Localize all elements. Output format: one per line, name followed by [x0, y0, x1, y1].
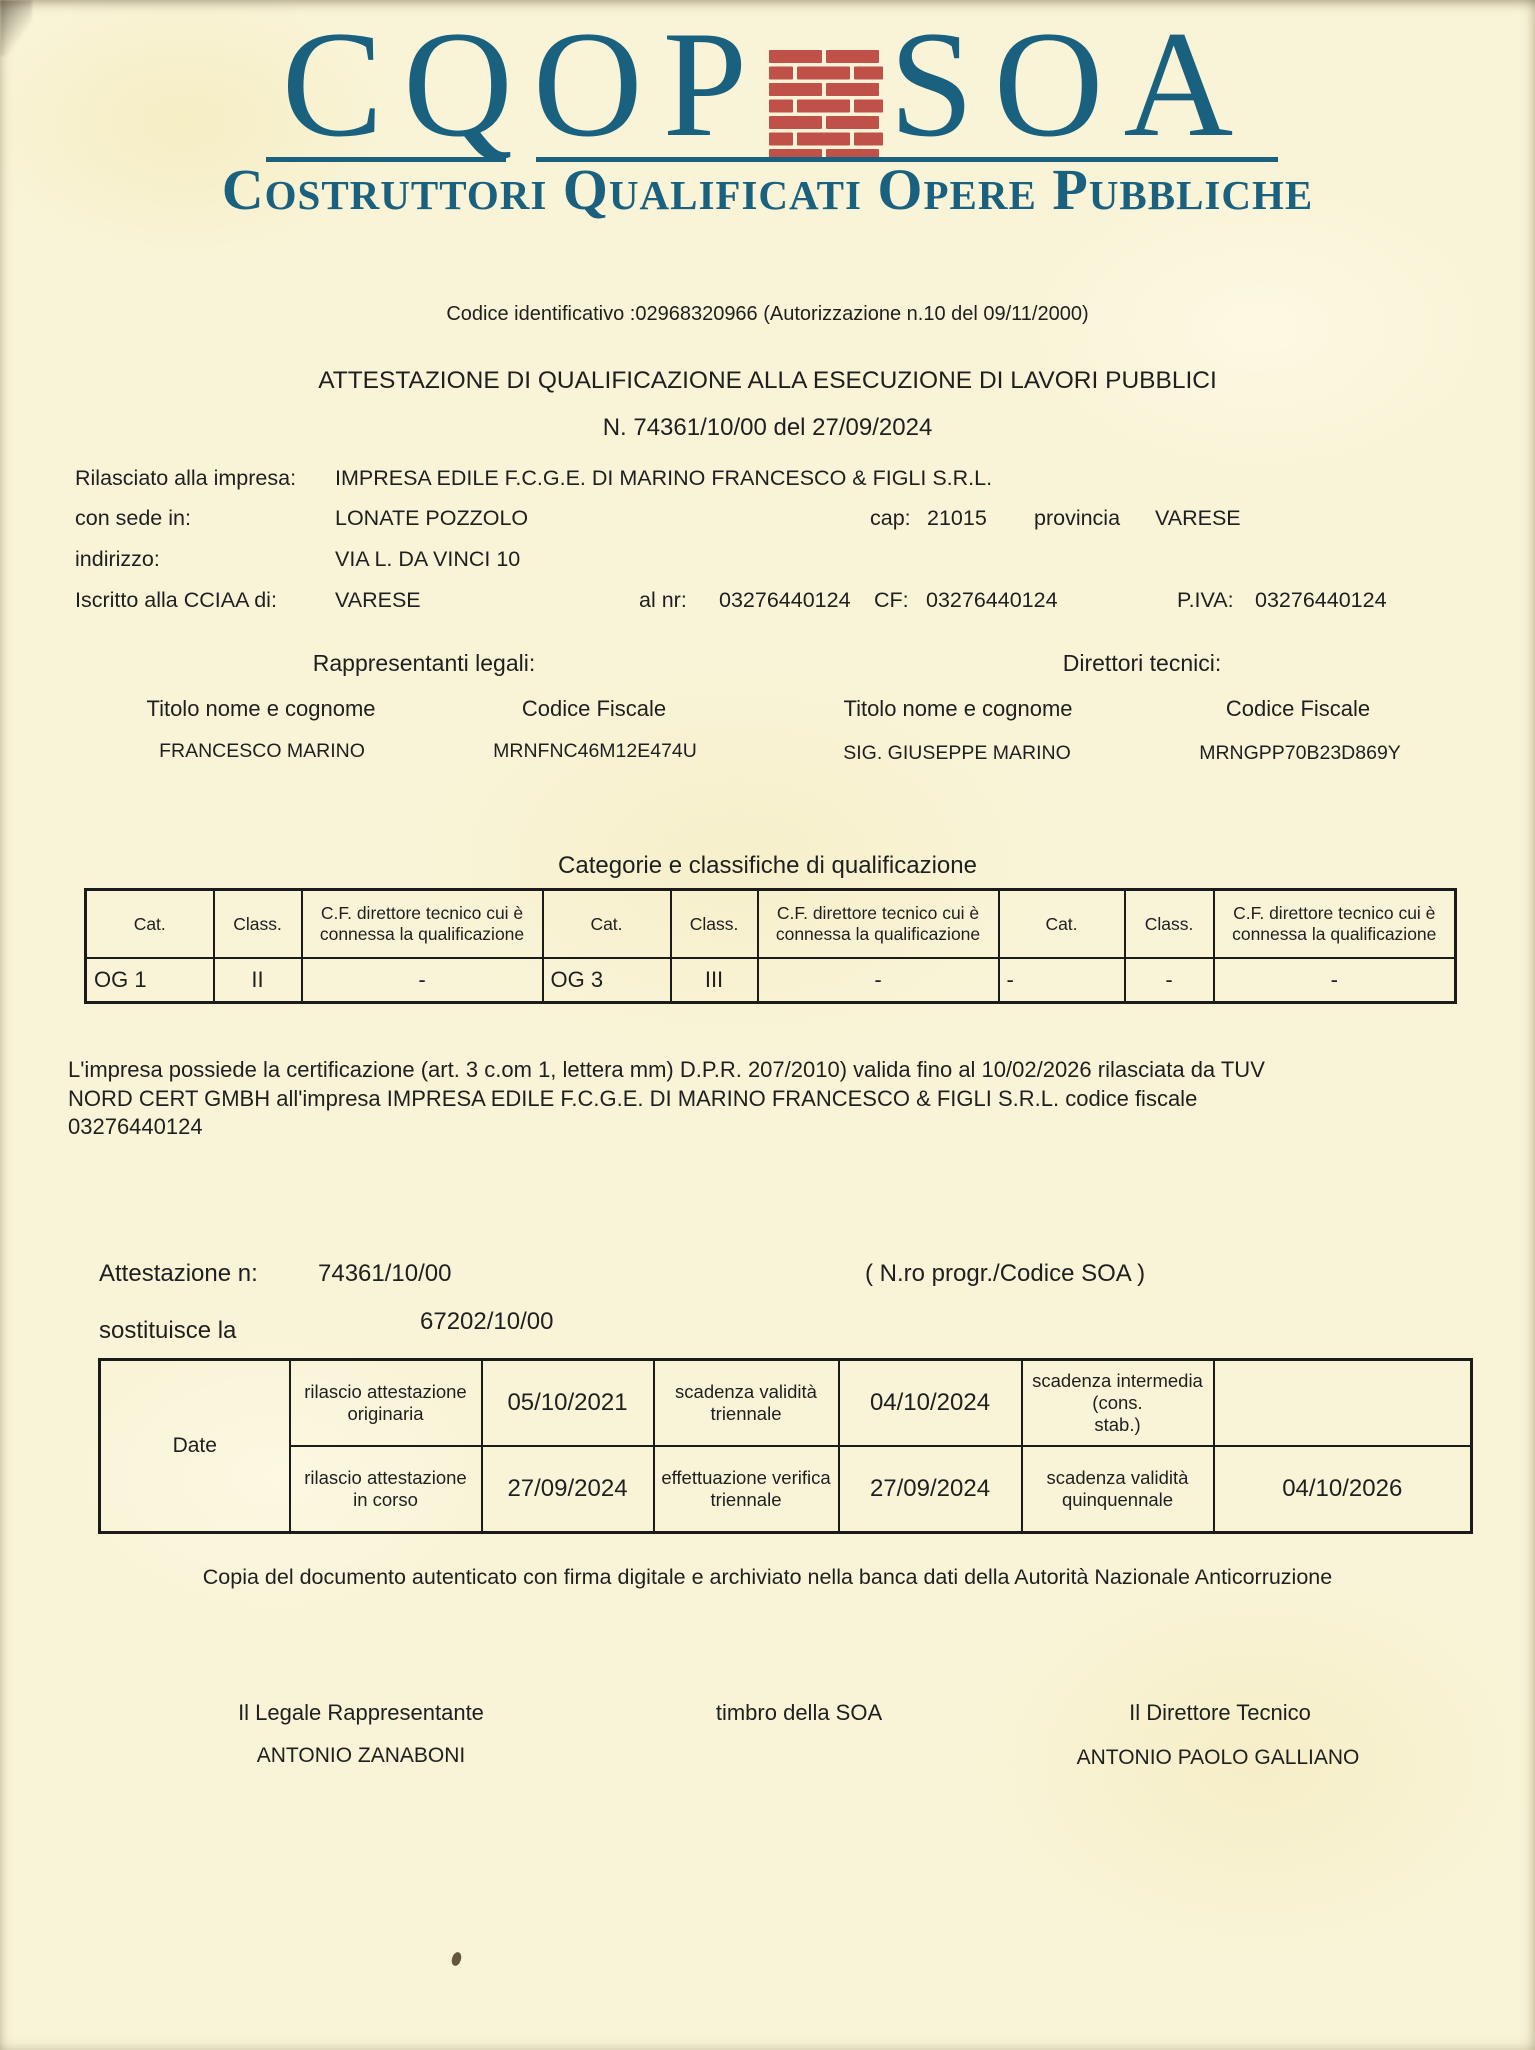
- technical-cf-header: Codice Fiscale: [1226, 696, 1370, 722]
- attestation-number: 74361/10/00: [318, 1260, 451, 1288]
- qual-cat-value: -: [999, 958, 1125, 1003]
- date-value-cell: 04/10/2026: [1214, 1446, 1472, 1533]
- qual-class-value: III: [671, 958, 758, 1003]
- dates-row-header: Date: [100, 1360, 290, 1533]
- qual-class-value: II: [214, 958, 302, 1003]
- piva-label: P.IVA:: [1177, 588, 1234, 613]
- qualification-header-row: Cat. Class. C.F. direttore tecnico cui è…: [86, 890, 1456, 959]
- cf-value: 03276440124: [926, 588, 1058, 613]
- digital-copy-note: Copia del documento autenticato con firm…: [0, 1565, 1535, 1590]
- logo-tagline: Costruttori Qualificati Opere Pubbliche: [0, 161, 1535, 219]
- info-row-issued-to: Rilasciato alla impresa: IMPRESA EDILE F…: [75, 466, 1475, 494]
- qual-header-cat: Cat.: [999, 890, 1125, 959]
- dates-row-original: Date rilascio attestazione originaria 05…: [100, 1360, 1472, 1447]
- date-label-cell: scadenza validità quinquennale: [1022, 1446, 1214, 1533]
- date-value-cell: [1214, 1360, 1472, 1447]
- logo-underline: [266, 157, 506, 162]
- province-label: provincia: [1034, 506, 1120, 531]
- qual-cat-value: OG 1: [86, 958, 214, 1003]
- qual-header-cf: C.F. direttore tecnico cui è connessa la…: [302, 890, 543, 959]
- technical-dir-cf: MRNGPP70B23D869Y: [1199, 742, 1401, 765]
- date-label-cell: rilascio attestazione originaria: [290, 1360, 482, 1447]
- qual-class-value: -: [1125, 958, 1214, 1003]
- seat-value: LONATE POZZOLO: [335, 506, 528, 531]
- date-label-cell: rilascio attestazione in corso: [290, 1446, 482, 1533]
- cf-label: CF:: [874, 588, 909, 613]
- date-value-cell: 05/10/2021: [482, 1360, 654, 1447]
- cap-value: 21015: [927, 506, 987, 531]
- legal-name-header: Titolo nome e cognome: [146, 696, 375, 722]
- qual-cf-value: -: [302, 958, 543, 1003]
- legal-rep-cf: MRNFNC46M12E474U: [493, 740, 697, 763]
- date-value-cell: 27/09/2024: [839, 1446, 1022, 1533]
- qual-header-class: Class.: [1125, 890, 1214, 959]
- certification-paragraph: L'impresa possiede la certificazione (ar…: [68, 1056, 1265, 1142]
- qual-header-cf: C.F. direttore tecnico cui è connessa la…: [1214, 890, 1456, 959]
- logo-text-cqop: CQOP: [282, 8, 767, 160]
- scan-corner-shadow: [0, 0, 32, 56]
- issued-to-label: Rilasciato alla impresa:: [75, 466, 296, 491]
- qualification-table: Cat. Class. C.F. direttore tecnico cui è…: [84, 888, 1457, 1004]
- certificate-document: CQOP SOA Costruttori Qualificati Opere P…: [0, 0, 1535, 2050]
- address-label: indirizzo:: [75, 547, 160, 572]
- technical-name-header: Titolo nome e cognome: [843, 696, 1072, 722]
- identification-code-line: Codice identificativo :02968320966 (Auto…: [0, 303, 1535, 326]
- cap-label: cap:: [870, 506, 911, 531]
- qual-header-class: Class.: [214, 890, 302, 959]
- date-label-cell: scadenza validità triennale: [654, 1360, 839, 1447]
- info-row-seat: con sede in: LONATE POZZOLO cap: 21015 p…: [75, 506, 1475, 534]
- qual-header-cat: Cat.: [86, 890, 214, 959]
- province-value: VARESE: [1155, 506, 1241, 531]
- qualification-data-row: OG 1 II - OG 3 III - - - -: [86, 958, 1456, 1003]
- date-label-cell: scadenza intermedia (cons. stab.): [1022, 1360, 1214, 1447]
- technical-dir-signature-title: Il Direttore Tecnico: [1129, 1700, 1311, 1726]
- qual-header-class: Class.: [671, 890, 758, 959]
- soa-stamp-label: timbro della SOA: [716, 1700, 882, 1726]
- qual-cf-value: -: [758, 958, 999, 1003]
- replaces-number: 67202/10/00: [420, 1308, 553, 1336]
- alnr-label: al nr:: [639, 588, 687, 613]
- document-title: ATTESTAZIONE DI QUALIFICAZIONE ALLA ESEC…: [0, 367, 1535, 395]
- dates-row-current: rilascio attestazione in corso 27/09/202…: [100, 1446, 1472, 1533]
- issued-to-value: IMPRESA EDILE F.C.G.E. DI MARINO FRANCES…: [335, 466, 992, 491]
- cciaa-value: VARESE: [335, 588, 421, 613]
- qualification-table-title: Categorie e classifiche di qualificazion…: [0, 852, 1535, 880]
- logo: CQOP SOA: [0, 8, 1535, 167]
- date-label-cell: effettuazione verifica triennale: [654, 1446, 839, 1533]
- qual-header-cat: Cat.: [543, 890, 671, 959]
- logo-text-soa: SOA: [889, 8, 1253, 160]
- info-row-address: indirizzo: VIA L. DA VINCI 10: [75, 547, 1475, 575]
- piva-value: 03276440124: [1255, 588, 1387, 613]
- technical-dir-signature-name: ANTONIO PAOLO GALLIANO: [1077, 1746, 1360, 1770]
- qual-header-cf: C.F. direttore tecnico cui è connessa la…: [758, 890, 999, 959]
- seat-label: con sede in:: [75, 506, 191, 531]
- address-value: VIA L. DA VINCI 10: [335, 547, 520, 572]
- date-value-cell: 04/10/2024: [839, 1360, 1022, 1447]
- technical-dirs-title: Direttori tecnici:: [1063, 650, 1221, 677]
- date-value-cell: 27/09/2024: [482, 1446, 654, 1533]
- brick-wall-icon: [769, 50, 883, 167]
- qual-cat-value: OG 3: [543, 958, 671, 1003]
- legal-rep-signature-title: Il Legale Rappresentante: [238, 1700, 484, 1726]
- legal-reps-title: Rappresentanti legali:: [313, 650, 535, 677]
- dates-table: Date rilascio attestazione originaria 05…: [98, 1358, 1473, 1534]
- cciaa-label: Iscritto alla CCIAA di:: [75, 588, 277, 613]
- paper-speck: [450, 1951, 463, 1967]
- legal-rep-signature-name: ANTONIO ZANABONI: [257, 1744, 465, 1768]
- attestation-note: ( N.ro progr./Codice SOA ): [865, 1260, 1145, 1288]
- document-number-line: N. 74361/10/00 del 27/09/2024: [0, 414, 1535, 442]
- qual-cf-value: -: [1214, 958, 1456, 1003]
- legal-rep-name: FRANCESCO MARINO: [159, 740, 365, 763]
- logo-underline: [536, 157, 1278, 162]
- attestation-label: Attestazione n:: [99, 1260, 258, 1288]
- legal-cf-header: Codice Fiscale: [522, 696, 666, 722]
- alnr-value: 03276440124: [719, 588, 851, 613]
- info-row-cciaa: Iscritto alla CCIAA di: VARESE al nr: 03…: [75, 588, 1475, 616]
- technical-dir-name: SIG. GIUSEPPE MARINO: [843, 742, 1071, 765]
- replaces-label: sostituisce la: [99, 1317, 236, 1345]
